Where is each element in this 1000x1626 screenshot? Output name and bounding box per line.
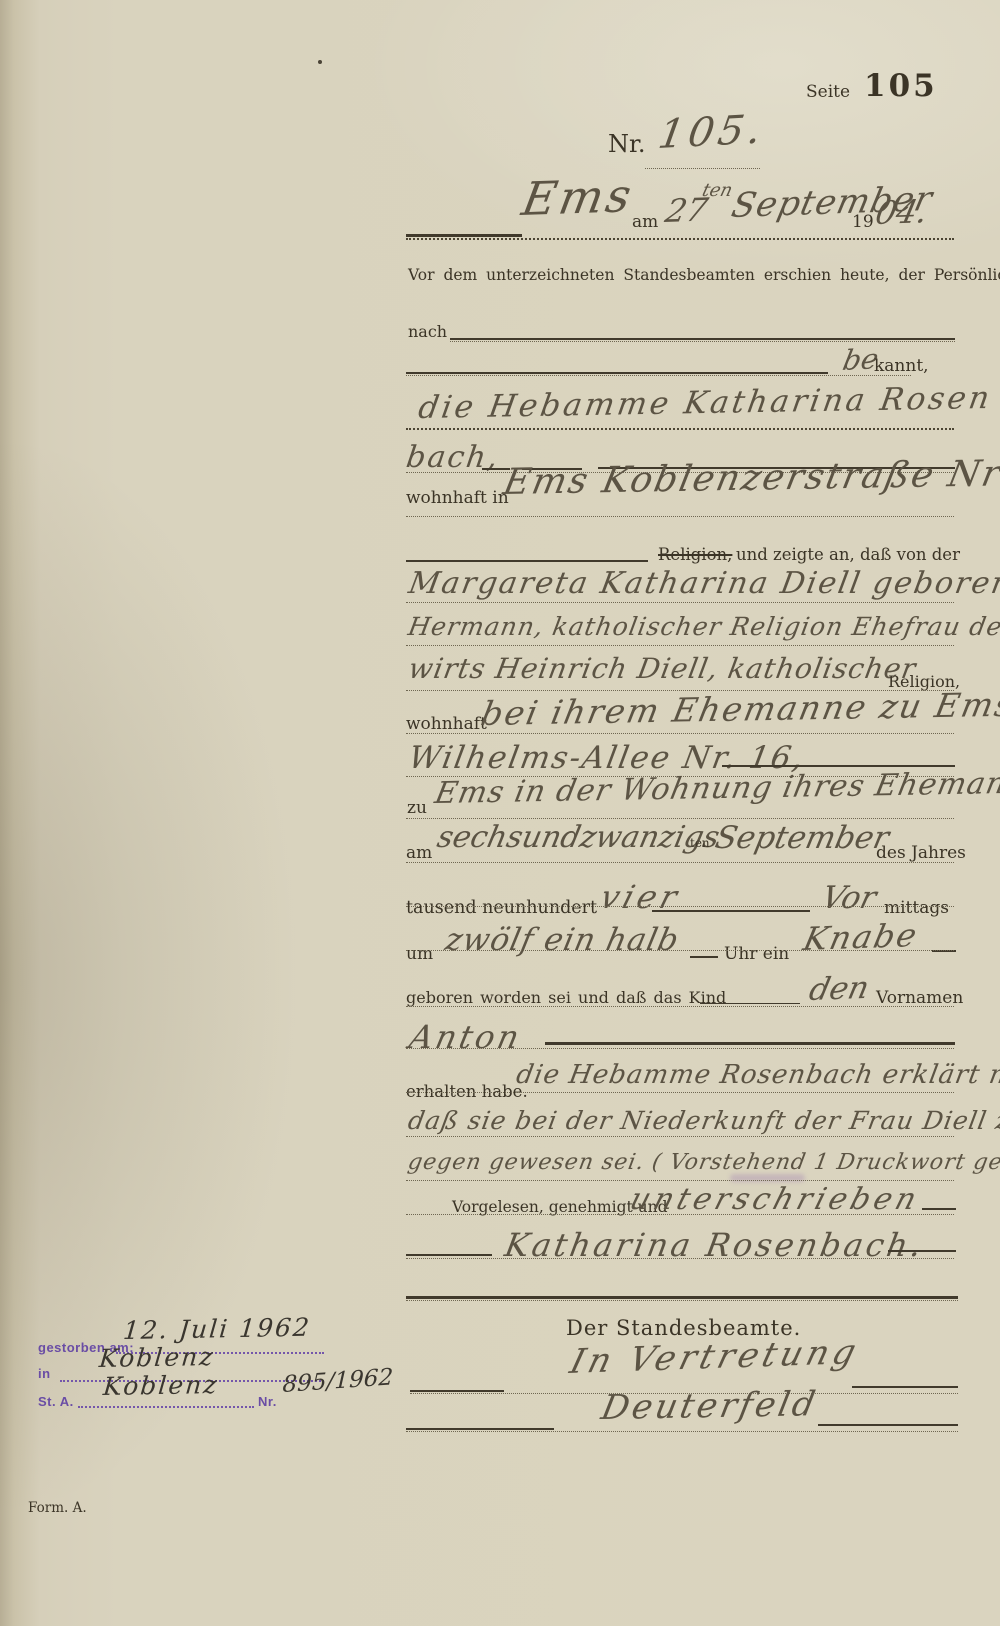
blank-line	[700, 1003, 800, 1004]
stamp-record-number: 895/1962	[282, 1364, 394, 1398]
intro-line: Vor dem unterzeichneten Standesbeamten e…	[408, 266, 1000, 284]
stamp-sta-label: St. A.	[38, 1394, 74, 1409]
ruled-line	[406, 1214, 954, 1215]
section-rule	[406, 1296, 958, 1299]
ruled-line	[406, 1180, 954, 1181]
year-printed: 19	[852, 212, 874, 232]
ruled-line	[406, 1136, 954, 1137]
ten-suffix: ten	[690, 836, 710, 850]
den-handwritten: den	[806, 970, 872, 1008]
ruled-line	[645, 168, 760, 169]
birth-register-page: Seite 105 Nr. 105. Ems am 27 ten Septemb…	[0, 0, 1000, 1626]
ruled-line	[406, 516, 954, 517]
child-name-entry: Anton	[406, 1018, 526, 1056]
wohnhaft-label: wohnhaft	[406, 714, 487, 734]
ruled-line	[406, 375, 911, 376]
geboren-text: geboren worden sei und daß das Kind	[406, 988, 726, 1007]
bekannt-printed: kannt,	[874, 356, 929, 376]
blank-line	[406, 560, 648, 562]
mittags-label: mittags	[884, 898, 949, 918]
closing-note1: die Hebamme Rosenbach erklärt noch,	[514, 1060, 1000, 1090]
tausend-label: tausend neunhundert	[406, 898, 597, 918]
declarant-residence: Ems Koblenzerstraße Nr 19	[500, 452, 1000, 503]
blank-line	[406, 1254, 492, 1256]
stamp-sta-place: Koblenz	[102, 1370, 220, 1401]
record-no-label: Nr.	[608, 130, 645, 158]
vornamen-label: Vornamen	[876, 988, 963, 1008]
blank-line	[818, 1424, 958, 1426]
ruled-line	[406, 862, 954, 863]
ruled-line	[406, 1092, 954, 1093]
closing-note3: gegen gewesen sei. ( Vorstehend 1 Druckw…	[406, 1150, 1000, 1175]
zu-label: zu	[407, 798, 427, 818]
blank-line	[406, 1428, 554, 1430]
blank-line	[545, 1042, 955, 1045]
child-sex-entry: Knabe	[800, 916, 922, 958]
blank-line	[406, 234, 522, 237]
mother-line1: Margareta Katharina Diell geborenen	[406, 566, 1000, 601]
nach-label: nach	[408, 322, 447, 341]
ruled-line	[406, 906, 954, 907]
dash-fill	[922, 1208, 956, 1210]
year-entry: 04.	[872, 192, 931, 232]
ruled-line	[406, 1431, 958, 1432]
blank-line	[450, 338, 955, 340]
mother-line3: wirts Heinrich Diell, katholischer	[406, 652, 919, 685]
date-day-suffix: ten	[700, 180, 735, 201]
zeigte-an-text: und zeigte an, daß von der	[736, 545, 960, 564]
ruled-line	[406, 733, 954, 734]
ruled-line	[406, 818, 954, 819]
dash-fill	[690, 956, 718, 958]
ruled-line	[406, 645, 954, 646]
blank-line	[410, 1390, 504, 1392]
mother-line2: Hermann, katholischer Religion Ehefrau d…	[406, 612, 1000, 641]
declarant-line1: die Hebamme Katharina Rosen	[416, 380, 995, 426]
blank-line	[406, 372, 828, 374]
registrar-signature: Deuterfeld	[598, 1384, 821, 1428]
unterschrieben-handwritten: unterschrieben	[626, 1182, 924, 1217]
stamp-dotted-line	[78, 1406, 254, 1408]
ruled-line	[406, 950, 954, 951]
birth-day-word: sechsundzwanzigs	[434, 820, 723, 855]
am2-label: am	[406, 843, 432, 863]
record-no-value: 105.	[655, 107, 768, 158]
birth-month: September	[712, 820, 892, 856]
ruled-line	[406, 428, 954, 430]
ruled-line	[406, 602, 954, 603]
place-entry: Ems	[518, 168, 638, 226]
uhr-ein-label: Uhr ein	[724, 944, 789, 964]
mother-residence1: bei ihrem Ehemanne zu Ems	[478, 685, 1000, 733]
wohnhaft-in-label: wohnhaft in	[406, 488, 509, 508]
des-jahres-label: des Jahres	[876, 843, 966, 863]
ruled-line	[406, 1300, 958, 1301]
religion-struck: Religion,	[658, 545, 732, 564]
ruled-line	[406, 238, 954, 240]
blank-line	[652, 910, 810, 912]
blank-line	[888, 1250, 956, 1252]
blank-line	[852, 1386, 958, 1388]
page-number: 105	[864, 68, 938, 104]
closing-note2: daß sie bei der Niederkunft der Frau Die…	[406, 1106, 1000, 1135]
stamp-nr-label: Nr.	[258, 1394, 277, 1409]
ink-dot	[318, 60, 322, 64]
ruled-line	[406, 1006, 954, 1007]
form-label: Form. A.	[28, 1500, 87, 1516]
seite-label: Seite	[806, 82, 850, 102]
stamp-death-date: 12. Juli 1962	[122, 1313, 312, 1345]
ruled-line	[406, 1048, 954, 1049]
stamp-death-place: Koblenz	[98, 1342, 216, 1373]
ruled-line	[406, 1258, 954, 1259]
stamp-in-label: in	[38, 1366, 51, 1381]
vor-handwritten: Vor	[818, 880, 880, 916]
um-label: um	[406, 944, 433, 964]
am-label: am	[632, 212, 658, 232]
time-entry: zwölf ein halb	[442, 922, 683, 958]
